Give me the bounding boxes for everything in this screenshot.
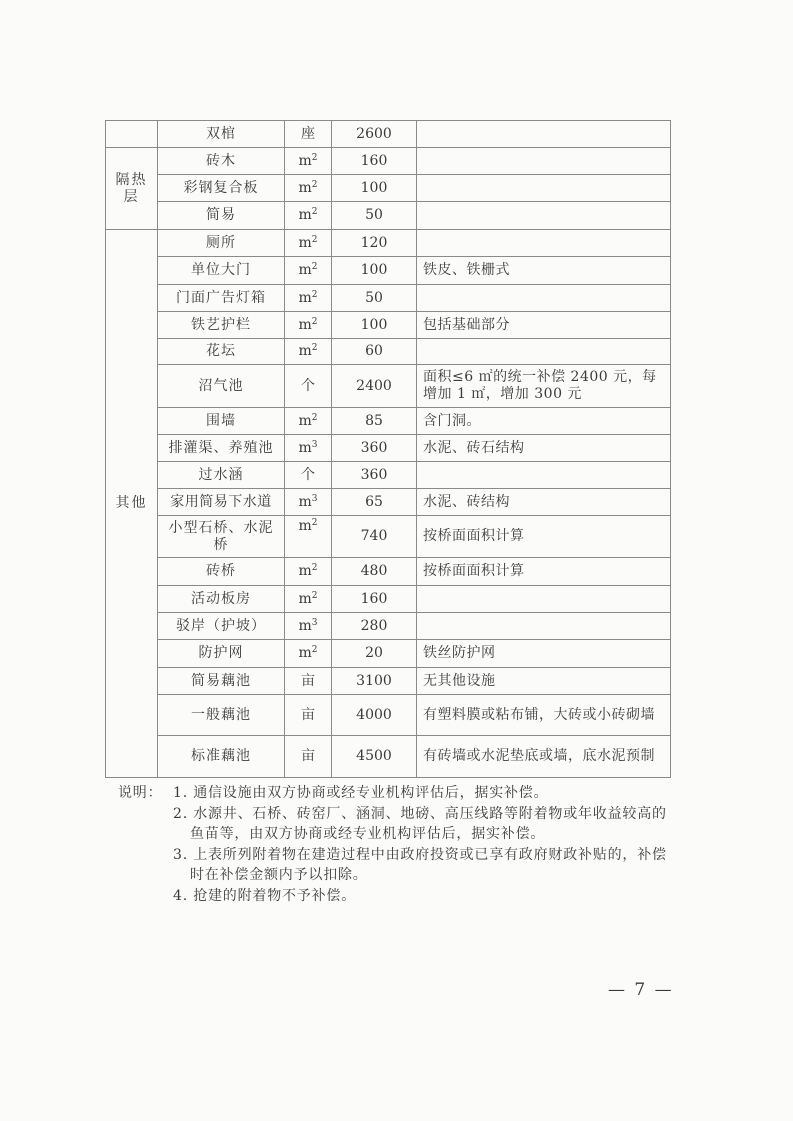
unit-cell: m2 — [285, 285, 332, 312]
price-cell: 50 — [332, 202, 417, 230]
price-cell: 360 — [332, 435, 417, 462]
item-cell: 家用简易下水道 — [158, 489, 285, 516]
note-cell: 水泥、砖结构 — [417, 489, 671, 516]
unit-cell: 亩 — [285, 736, 332, 778]
table-row: 沼气池 个 2400 面积≤6 ㎡的统一补偿 2400 元，每增加 1 ㎡，增加… — [106, 365, 671, 408]
table-row: 过水涵 个 360 — [106, 462, 671, 489]
unit-cell: m2 — [285, 175, 332, 202]
unit-cell: m3 — [285, 489, 332, 516]
note-item: 3. 上表所列附着物在建造过程中由政府投资或已享有政府财政补贴的，补偿 时在补偿… — [118, 845, 698, 886]
table-row: 花坛 m2 60 — [106, 339, 671, 365]
explanatory-notes: 说明： 1. 通信设施由双方协商或经专业机构评估后，据实补偿。 2. 水源井、石… — [118, 783, 698, 906]
table-row: 砖桥 m2 480 按桥面面积计算 — [106, 558, 671, 586]
table-row: 驳岸（护坡） m3 280 — [106, 613, 671, 640]
item-cell: 过水涵 — [158, 462, 285, 489]
item-cell: 单位大门 — [158, 257, 285, 285]
note-cell: 按桥面面积计算 — [417, 558, 671, 586]
notes-label: 说明： — [118, 783, 162, 804]
unit-cell: m2 — [285, 339, 332, 365]
compensation-table: 双棺 座 2600 隔热层 砖木 m2 160 彩钢复合板 m2 100 简易 … — [105, 120, 671, 778]
item-cell: 简易藕池 — [158, 668, 285, 695]
table-row: 标准藕池 亩 4500 有砖墙或水泥垫底或墙，底水泥预制 — [106, 736, 671, 778]
note-cell — [417, 148, 671, 175]
unit-cell: 亩 — [285, 695, 332, 736]
item-cell: 砖木 — [158, 148, 285, 175]
note-cell — [417, 339, 671, 365]
note-cell — [417, 175, 671, 202]
item-cell: 排灌渠、养殖池 — [158, 435, 285, 462]
table-row: 彩钢复合板 m2 100 — [106, 175, 671, 202]
item-cell: 围墙 — [158, 408, 285, 435]
table-row: 活动板房 m2 160 — [106, 586, 671, 613]
table-row: 排灌渠、养殖池 m3 360 水泥、砖石结构 — [106, 435, 671, 462]
table-row: 围墙 m2 85 含门洞。 — [106, 408, 671, 435]
note-cell: 含门洞。 — [417, 408, 671, 435]
table-row: 双棺 座 2600 — [106, 121, 671, 148]
item-cell: 双棺 — [158, 121, 285, 148]
note-item: 2. 水源井、石桥、砖窑厂、涵洞、地磅、高压线路等附着物或年收益较高的 鱼苗等，… — [118, 804, 698, 845]
price-cell: 2400 — [332, 365, 417, 408]
note-cell — [417, 285, 671, 312]
price-cell: 50 — [332, 285, 417, 312]
unit-cell: m3 — [285, 613, 332, 640]
unit-cell: m3 — [285, 435, 332, 462]
note-cell — [417, 462, 671, 489]
item-cell: 厕所 — [158, 230, 285, 257]
unit-cell: m2 — [285, 516, 332, 558]
price-cell: 740 — [332, 516, 417, 558]
table-row: 简易 m2 50 — [106, 202, 671, 230]
item-cell: 活动板房 — [158, 586, 285, 613]
unit-cell: m2 — [285, 230, 332, 257]
price-cell: 85 — [332, 408, 417, 435]
note-cell: 有砖墙或水泥垫底或墙，底水泥预制 — [417, 736, 671, 778]
note-cell — [417, 121, 671, 148]
category-cell-insulation: 隔热层 — [106, 148, 158, 230]
page-number: — 7 — — [608, 980, 674, 1000]
unit-cell: m2 — [285, 202, 332, 230]
price-cell: 4000 — [332, 695, 417, 736]
price-cell: 100 — [332, 257, 417, 285]
note-item: 4. 抢建的附着物不予补偿。 — [118, 886, 698, 907]
note-cell — [417, 586, 671, 613]
unit-cell: m2 — [285, 558, 332, 586]
unit-cell: m2 — [285, 640, 332, 668]
table-row: 铁艺护栏 m2 100 包括基础部分 — [106, 312, 671, 339]
item-cell: 一般藕池 — [158, 695, 285, 736]
table-row: 简易藕池 亩 3100 无其他设施 — [106, 668, 671, 695]
unit-cell: m2 — [285, 408, 332, 435]
item-cell: 花坛 — [158, 339, 285, 365]
price-cell: 3100 — [332, 668, 417, 695]
item-cell: 驳岸（护坡） — [158, 613, 285, 640]
item-cell: 砖桥 — [158, 558, 285, 586]
price-cell: 60 — [332, 339, 417, 365]
category-cell-other: 其他 — [106, 230, 158, 778]
note-cell — [417, 613, 671, 640]
note-cell: 无其他设施 — [417, 668, 671, 695]
price-cell: 480 — [332, 558, 417, 586]
price-cell: 160 — [332, 586, 417, 613]
note-cell: 铁丝防护网 — [417, 640, 671, 668]
item-cell: 铁艺护栏 — [158, 312, 285, 339]
note-cell — [417, 202, 671, 230]
table-row: 单位大门 m2 100 铁皮、铁栅式 — [106, 257, 671, 285]
price-cell: 2600 — [332, 121, 417, 148]
table-row: 防护网 m2 20 铁丝防护网 — [106, 640, 671, 668]
item-cell: 彩钢复合板 — [158, 175, 285, 202]
note-cell — [417, 230, 671, 257]
unit-cell: 座 — [285, 121, 332, 148]
unit-cell: m2 — [285, 312, 332, 339]
price-cell: 20 — [332, 640, 417, 668]
unit-cell: m2 — [285, 148, 332, 175]
unit-cell: 个 — [285, 365, 332, 408]
item-cell: 小型石桥、水泥桥 — [158, 516, 285, 558]
table-row: 小型石桥、水泥桥 m2 740 按桥面面积计算 — [106, 516, 671, 558]
item-cell: 防护网 — [158, 640, 285, 668]
table-row: 家用简易下水道 m3 65 水泥、砖结构 — [106, 489, 671, 516]
price-cell: 360 — [332, 462, 417, 489]
item-cell: 沼气池 — [158, 365, 285, 408]
price-cell: 100 — [332, 312, 417, 339]
item-cell: 门面广告灯箱 — [158, 285, 285, 312]
item-cell: 标准藕池 — [158, 736, 285, 778]
note-cell: 包括基础部分 — [417, 312, 671, 339]
table-row: 一般藕池 亩 4000 有塑料膜或粘布铺，大砖或小砖砌墙 — [106, 695, 671, 736]
unit-cell: 个 — [285, 462, 332, 489]
note-cell: 有塑料膜或粘布铺，大砖或小砖砌墙 — [417, 695, 671, 736]
category-cell-blank — [106, 121, 158, 148]
table-row: 隔热层 砖木 m2 160 — [106, 148, 671, 175]
note-cell: 水泥、砖石结构 — [417, 435, 671, 462]
table-row: 门面广告灯箱 m2 50 — [106, 285, 671, 312]
note-item: 说明： 1. 通信设施由双方协商或经专业机构评估后，据实补偿。 — [118, 783, 698, 804]
unit-cell: m2 — [285, 586, 332, 613]
note-cell: 面积≤6 ㎡的统一补偿 2400 元，每增加 1 ㎡，增加 300 元 — [417, 365, 671, 408]
price-cell: 160 — [332, 148, 417, 175]
price-cell: 4500 — [332, 736, 417, 778]
note-cell: 按桥面面积计算 — [417, 516, 671, 558]
unit-cell: 亩 — [285, 668, 332, 695]
item-cell: 简易 — [158, 202, 285, 230]
table-row: 其他 厕所 m2 120 — [106, 230, 671, 257]
price-cell: 120 — [332, 230, 417, 257]
note-cell: 铁皮、铁栅式 — [417, 257, 671, 285]
price-cell: 65 — [332, 489, 417, 516]
unit-cell: m2 — [285, 257, 332, 285]
price-cell: 280 — [332, 613, 417, 640]
price-cell: 100 — [332, 175, 417, 202]
